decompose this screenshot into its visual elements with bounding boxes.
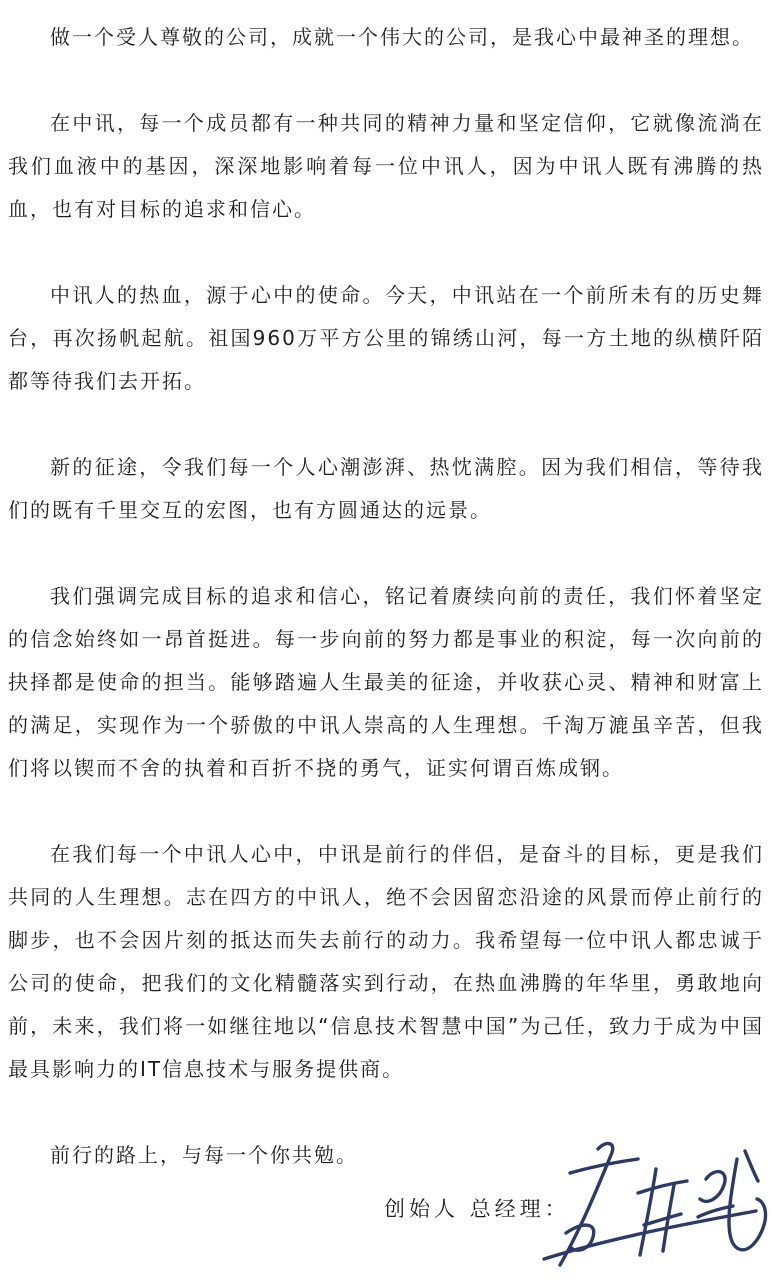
letter-paragraph-2: 在中讯，每一个成员都有一种共同的精神力量和坚定信仰，它就像流淌在我们血液中的基因…: [8, 102, 764, 231]
letter-paragraph-1: 做一个受人尊敬的公司，成就一个伟大的公司，是我心中最神圣的理想。: [8, 16, 764, 59]
letter-paragraph-4: 新的征途，令我们每一个人心潮澎湃、热忱满腔。因为我们相信，等待我们的既有千里交互…: [8, 446, 764, 532]
letter-page: 做一个受人尊敬的公司，成就一个伟大的公司，是我心中最神圣的理想。 在中讯，每一个…: [0, 0, 772, 1280]
letter-paragraph-3: 中讯人的热血，源于心中的使命。今天，中讯站在一个前所未有的历史舞台，再次扬帆起航…: [8, 274, 764, 403]
signoff-row: 创始人 总经理：: [0, 1135, 772, 1280]
letter-paragraph-5: 我们强调完成目标的追求和信心，铭记着赓续向前的责任，我们怀着坚定的信念始终如一昂…: [8, 575, 764, 790]
letter-paragraph-6: 在我们每一个中讯人心中，中讯是前行的伴侣，是奋斗的目标，更是我们共同的人生理想。…: [8, 833, 764, 1091]
founder-signature: [540, 1135, 770, 1280]
